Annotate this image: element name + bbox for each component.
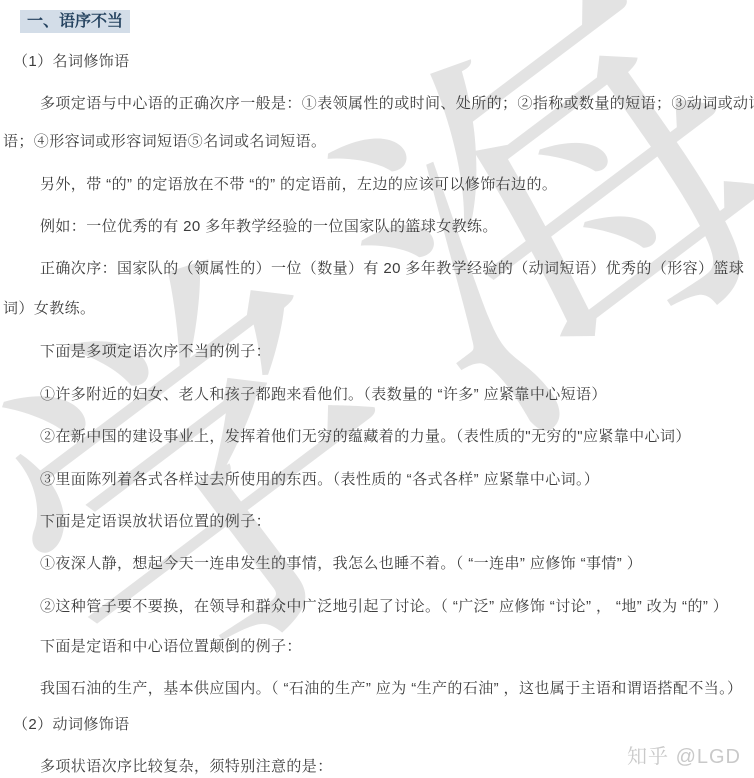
text-line: 多项定语与中心语的正确次序一般是：①表领属性的或时间、处所的；②指称或数量的短语… (40, 94, 754, 114)
text-line: ③里面陈列着各式各样过去所使用的东西。（表性质的 “各式各样” 应紧靠中心词。） (40, 470, 599, 490)
text-line: 语；④形容词或形容词短语⑤名词或名词短语。 (3, 132, 326, 152)
text-line: 下面是定语和中心语位置颠倒的例子： (40, 637, 302, 657)
text-line: 下面是定语误放状语位置的例子： (40, 512, 271, 532)
text-line: 下面是多项定语次序不当的例子： (40, 342, 271, 362)
text-line: ②在新中国的建设事业上，发挥着他们无穷的蕴藏着的力量。（表性质的"无穷的"应紧靠… (40, 427, 691, 447)
text-line: 我国石油的生产，基本供应国内。（ “石油的生产” 应为 “生产的石油” ，这也属… (40, 679, 742, 699)
text-line: ①夜深人静，想起今天一连串发生的事情，我怎么也睡不着。（ “一连串” 应修饰 “… (40, 554, 642, 574)
text-line: 多项状语次序比较复杂，须特别注意的是： (40, 757, 333, 777)
text-line: 词）女教练。 (3, 299, 95, 319)
text-line: 另外，带 “的” 的定语放在不带 “的” 的定语前，左边的应该可以修饰右边的。 (40, 175, 557, 195)
text-line: ②这种管子要不要换，在领导和群众中广泛地引起了讨论。（ “广泛” 应修饰 “讨论… (40, 597, 728, 617)
document-page: 学海 一、语序不当 （1）名词修饰语 多项定语与中心语的正确次序一般是：①表领属… (0, 0, 754, 778)
text-line: ①许多附近的妇女、老人和孩子都跑来看他们。（表数量的 “许多” 应紧靠中心短语） (40, 385, 607, 405)
text-line: 正确次序：国家队的（领属性的）一位（数量）有 20 多年教学经验的（动词短语）优… (40, 259, 754, 279)
text-line: 例如：一位优秀的有 20 多年教学经验的一位国家队的篮球女教练。 (40, 217, 498, 237)
zhihu-credit-watermark: 知乎 @LGD (627, 740, 741, 769)
text-line: （2）动词修饰语 (13, 715, 130, 735)
section-title: 一、语序不当 (20, 10, 130, 33)
text-line: （1）名词修饰语 (13, 52, 130, 72)
